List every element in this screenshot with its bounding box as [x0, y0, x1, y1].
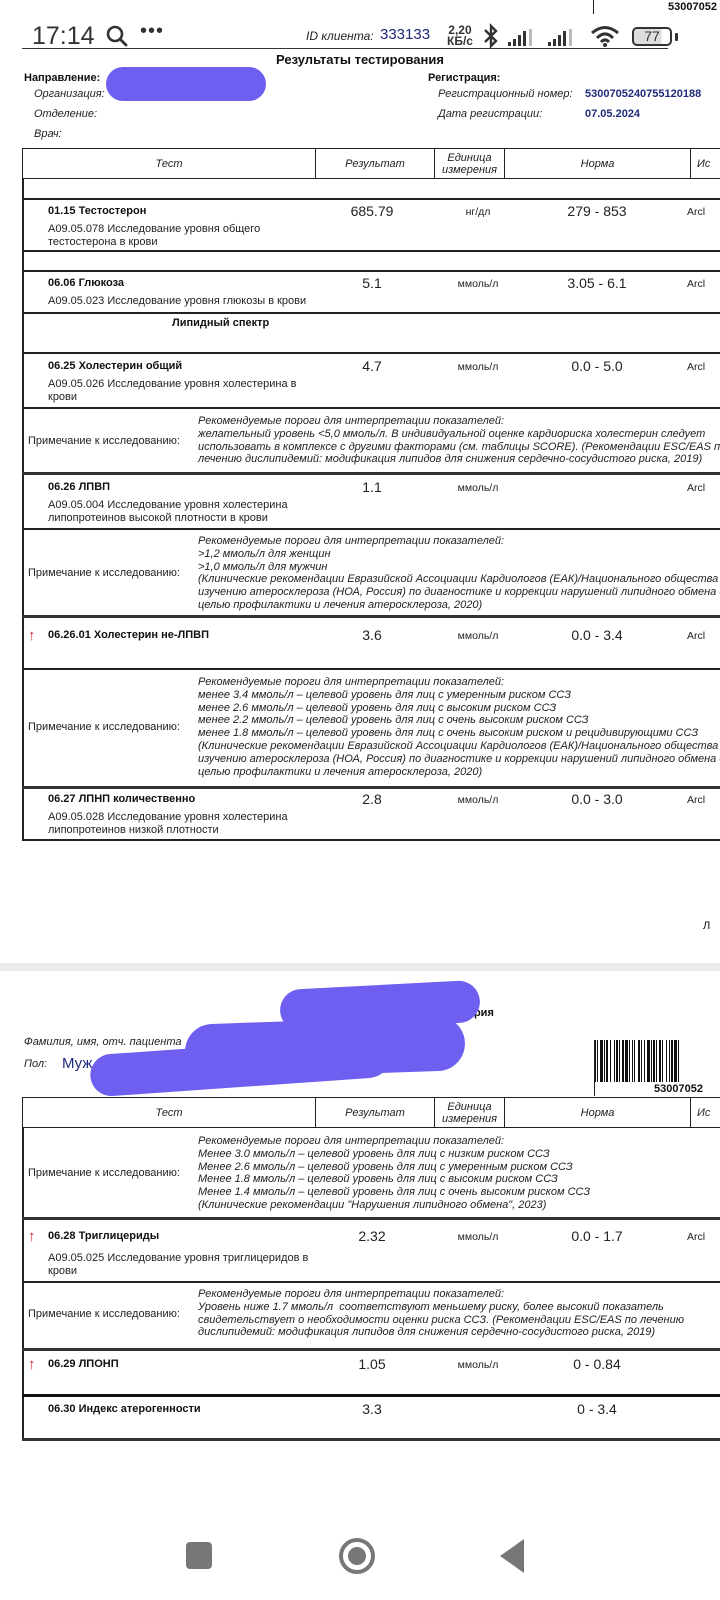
column-header-instrument: Ис: [691, 149, 720, 178]
battery-tip: [675, 33, 678, 41]
test-description: A09.05.028 Исследование уровня холестери…: [48, 811, 318, 837]
table-header: Тест Результат Единица измерения Норма И…: [22, 1097, 720, 1128]
table-row[interactable]: 01.15 Тестостерон A09.05.078 Исследовани…: [22, 205, 720, 250]
row-divider: [22, 198, 720, 200]
note-label: Примечание к исследованию:: [28, 567, 180, 579]
test-result: 1.1: [332, 479, 412, 495]
test-unit: нг/дл: [438, 206, 518, 218]
back-button[interactable]: [500, 1539, 524, 1573]
test-name: 06.25 Холестерин общий: [48, 360, 182, 372]
column-header-norm: Норма: [505, 149, 691, 178]
test-unit: ммоль/л: [438, 278, 518, 290]
row-divider: [22, 250, 720, 252]
row-divider: [22, 1394, 720, 1397]
more-icon[interactable]: •••: [140, 20, 164, 43]
patient-name-label: Фамилия, имя, отч. пациента: [24, 1036, 181, 1048]
note-text: Рекомендуемые пороги для интерпретации п…: [198, 676, 720, 778]
organization-label: Организация:: [34, 88, 105, 100]
column-header-instrument: Ис: [691, 1098, 720, 1127]
test-instrument: Arcl: [687, 794, 705, 806]
divider: [594, 1040, 595, 1096]
row-divider: [22, 312, 720, 314]
test-description: A09.05.026 Исследование уровня холестери…: [48, 378, 318, 404]
battery-icon: 77: [632, 27, 672, 46]
table-row[interactable]: 06.30 Индекс атерогенности 3.3 0 - 3.4: [22, 1403, 720, 1439]
note-text: Рекомендуемые пороги для интерпретации п…: [198, 1135, 590, 1212]
test-description: A09.05.025 Исследование уровня триглицер…: [48, 1252, 313, 1278]
home-button[interactable]: [339, 1538, 375, 1574]
test-name: 01.15 Тестостерон: [48, 205, 146, 217]
divider: [22, 48, 668, 49]
note-text: Рекомендуемые пороги для интерпретации п…: [198, 1288, 684, 1339]
previous-page-fragment: 53007052: [0, 0, 720, 14]
section-title-lipid: Липидный спектр: [172, 317, 269, 329]
clock: 17:14: [32, 22, 95, 51]
test-norm: 0 - 0.84: [542, 1356, 652, 1372]
test-name: 06.30 Индекс атерогенности: [48, 1403, 201, 1415]
test-note: Примечание к исследованию: Рекомендуемые…: [22, 415, 720, 473]
high-flag-icon: ↑: [28, 1356, 36, 1373]
test-unit: ммоль/л: [438, 482, 518, 494]
barcode-number: 53007052: [654, 1083, 703, 1095]
test-note: Примечание к исследованию: Рекомендуемые…: [22, 1135, 720, 1213]
wifi-icon: [590, 24, 620, 48]
row-divider: [22, 786, 720, 789]
row-divider: [22, 1438, 720, 1441]
table-row[interactable]: ↑ 06.29 ЛПОНП 1.05 ммоль/л 0 - 0.84: [22, 1358, 720, 1396]
registration-label: Регистрация:: [428, 72, 500, 84]
client-id-label: ID клиента:: [306, 29, 374, 43]
note-label: Примечание к исследованию:: [28, 721, 180, 733]
table-row[interactable]: ↑ 06.28 Триглицериды A09.05.025 Исследов…: [22, 1230, 720, 1280]
edge-text-fragment: Л: [703, 920, 710, 932]
row-divider: [22, 270, 720, 272]
table-row[interactable]: 06.27 ЛПНП количественно A09.05.028 Иссл…: [22, 793, 720, 838]
recent-apps-button[interactable]: [186, 1542, 212, 1569]
column-header-unit: Единица измерения: [435, 149, 505, 178]
row-divider: [22, 1217, 720, 1220]
row-divider: [22, 472, 720, 475]
client-id-value: 333133: [380, 26, 430, 43]
test-result: 5.1: [332, 275, 412, 291]
page-title: Результаты тестирования: [0, 52, 720, 67]
test-name: 06.29 ЛПОНП: [48, 1358, 119, 1370]
test-unit: ммоль/л: [438, 1359, 518, 1371]
test-note: Примечание к исследованию: Рекомендуемые…: [22, 676, 720, 780]
test-instrument: Arcl: [687, 361, 705, 373]
network-speed: 2,20КБ/с: [447, 25, 473, 47]
test-unit: ммоль/л: [438, 1231, 518, 1243]
test-name: 06.27 ЛПНП количественно: [48, 793, 195, 805]
test-description: A09.05.004 Исследование уровня холестери…: [48, 499, 318, 525]
page-separator: [0, 963, 720, 971]
row-divider: [22, 1281, 720, 1283]
status-bar: 17:14 ••• ID клиента: 333133 2,20КБ/с 77: [0, 18, 720, 50]
navigation-bar: [0, 1490, 720, 1600]
direction-label: Направление:: [24, 72, 100, 84]
test-norm: 279 - 853: [542, 203, 652, 219]
table-row[interactable]: ↑ 06.26.01 Холестерин не-ЛПВП 3.6 ммоль/…: [22, 629, 720, 669]
test-name: 06.28 Триглицериды: [48, 1230, 159, 1242]
divider: [593, 0, 594, 14]
row-divider: [22, 528, 720, 530]
note-text: Рекомендуемые пороги для интерпретации п…: [198, 535, 720, 612]
test-unit: ммоль/л: [438, 361, 518, 373]
test-instrument: Arcl: [687, 630, 705, 642]
row-divider: [22, 1348, 720, 1351]
column-header-norm: Норма: [505, 1098, 691, 1127]
test-norm: 0.0 - 3.4: [542, 627, 652, 643]
doctor-label: Врач:: [34, 128, 62, 140]
column-header-test: Тест: [23, 149, 316, 178]
signal-icon: [547, 29, 577, 47]
note-label: Примечание к исследованию:: [28, 1167, 180, 1179]
search-icon[interactable]: [106, 25, 128, 47]
network-speed-unit: КБ/с: [447, 34, 473, 48]
test-name: 06.26 ЛПВП: [48, 481, 110, 493]
test-instrument: Arcl: [687, 206, 705, 218]
test-description: A09.05.078 Исследование уровня общего те…: [48, 223, 318, 249]
sex-label: Пол:: [24, 1058, 47, 1070]
test-name: 06.06 Глюкоза: [48, 277, 124, 289]
reg-date-label: Дата регистрации:: [438, 108, 542, 120]
test-result: 3.3: [332, 1401, 412, 1417]
row-divider: [22, 407, 720, 409]
note-label: Примечание к исследованию:: [28, 435, 180, 447]
test-note: Примечание к исследованию: Рекомендуемые…: [22, 535, 720, 615]
reg-number-value: 5300705240755120188: [585, 88, 701, 100]
column-header-test: Тест: [23, 1098, 316, 1127]
test-instrument: Arcl: [687, 1231, 705, 1243]
test-norm: 0 - 3.4: [542, 1401, 652, 1417]
row-divider: [22, 839, 720, 841]
table-row[interactable]: 06.06 Глюкоза A09.05.023 Исследование ур…: [22, 277, 720, 312]
row-divider: [22, 352, 720, 354]
test-result: 4.7: [332, 358, 412, 374]
signal-icon: [507, 29, 537, 47]
row-divider: [22, 615, 720, 618]
sex-value: Муж: [62, 1055, 92, 1072]
barcode: [594, 1040, 720, 1082]
department-label: Отделение:: [34, 108, 97, 120]
high-flag-icon: ↑: [28, 1228, 36, 1245]
test-name: 06.26.01 Холестерин не-ЛПВП: [48, 629, 209, 641]
row-divider: [22, 668, 720, 670]
high-flag-icon: ↑: [28, 627, 36, 644]
reg-number-label: Регистрационный номер:: [438, 88, 573, 100]
test-norm: 0.0 - 5.0: [542, 358, 652, 374]
test-result: 685.79: [332, 203, 412, 219]
test-norm: 3.05 - 6.1: [542, 275, 652, 291]
test-norm: 0.0 - 1.7: [542, 1228, 652, 1244]
test-result: 2.32: [332, 1228, 412, 1244]
note-text: Рекомендуемые пороги для интерпретации п…: [198, 415, 720, 466]
column-header-result: Результат: [316, 1098, 435, 1127]
table-row[interactable]: 06.25 Холестерин общий A09.05.026 Исслед…: [22, 360, 720, 405]
table-row[interactable]: 06.26 ЛПВП A09.05.004 Исследование уровн…: [22, 481, 720, 526]
column-header-result: Результат: [316, 149, 435, 178]
table-header: Тест Результат Единица измерения Норма И…: [22, 148, 720, 179]
test-unit: ммоль/л: [438, 630, 518, 642]
redaction-mark: [106, 67, 266, 101]
test-unit: ммоль/л: [438, 794, 518, 806]
test-note: Примечание к исследованию: Рекомендуемые…: [22, 1288, 720, 1344]
test-instrument: Arcl: [687, 482, 705, 494]
barcode-number-fragment: 53007052: [668, 1, 717, 13]
test-result: 3.6: [332, 627, 412, 643]
bluetooth-icon: [482, 23, 500, 49]
column-header-unit: Единица измерения: [435, 1098, 505, 1127]
reg-date-value: 07.05.2024: [585, 108, 640, 120]
test-result: 1.05: [332, 1356, 412, 1372]
note-label: Примечание к исследованию:: [28, 1308, 180, 1320]
test-instrument: Arcl: [687, 278, 705, 290]
test-description: A09.05.023 Исследование уровня глюкозы в…: [48, 295, 348, 308]
test-result: 2.8: [332, 791, 412, 807]
test-norm: 0.0 - 3.0: [542, 791, 652, 807]
